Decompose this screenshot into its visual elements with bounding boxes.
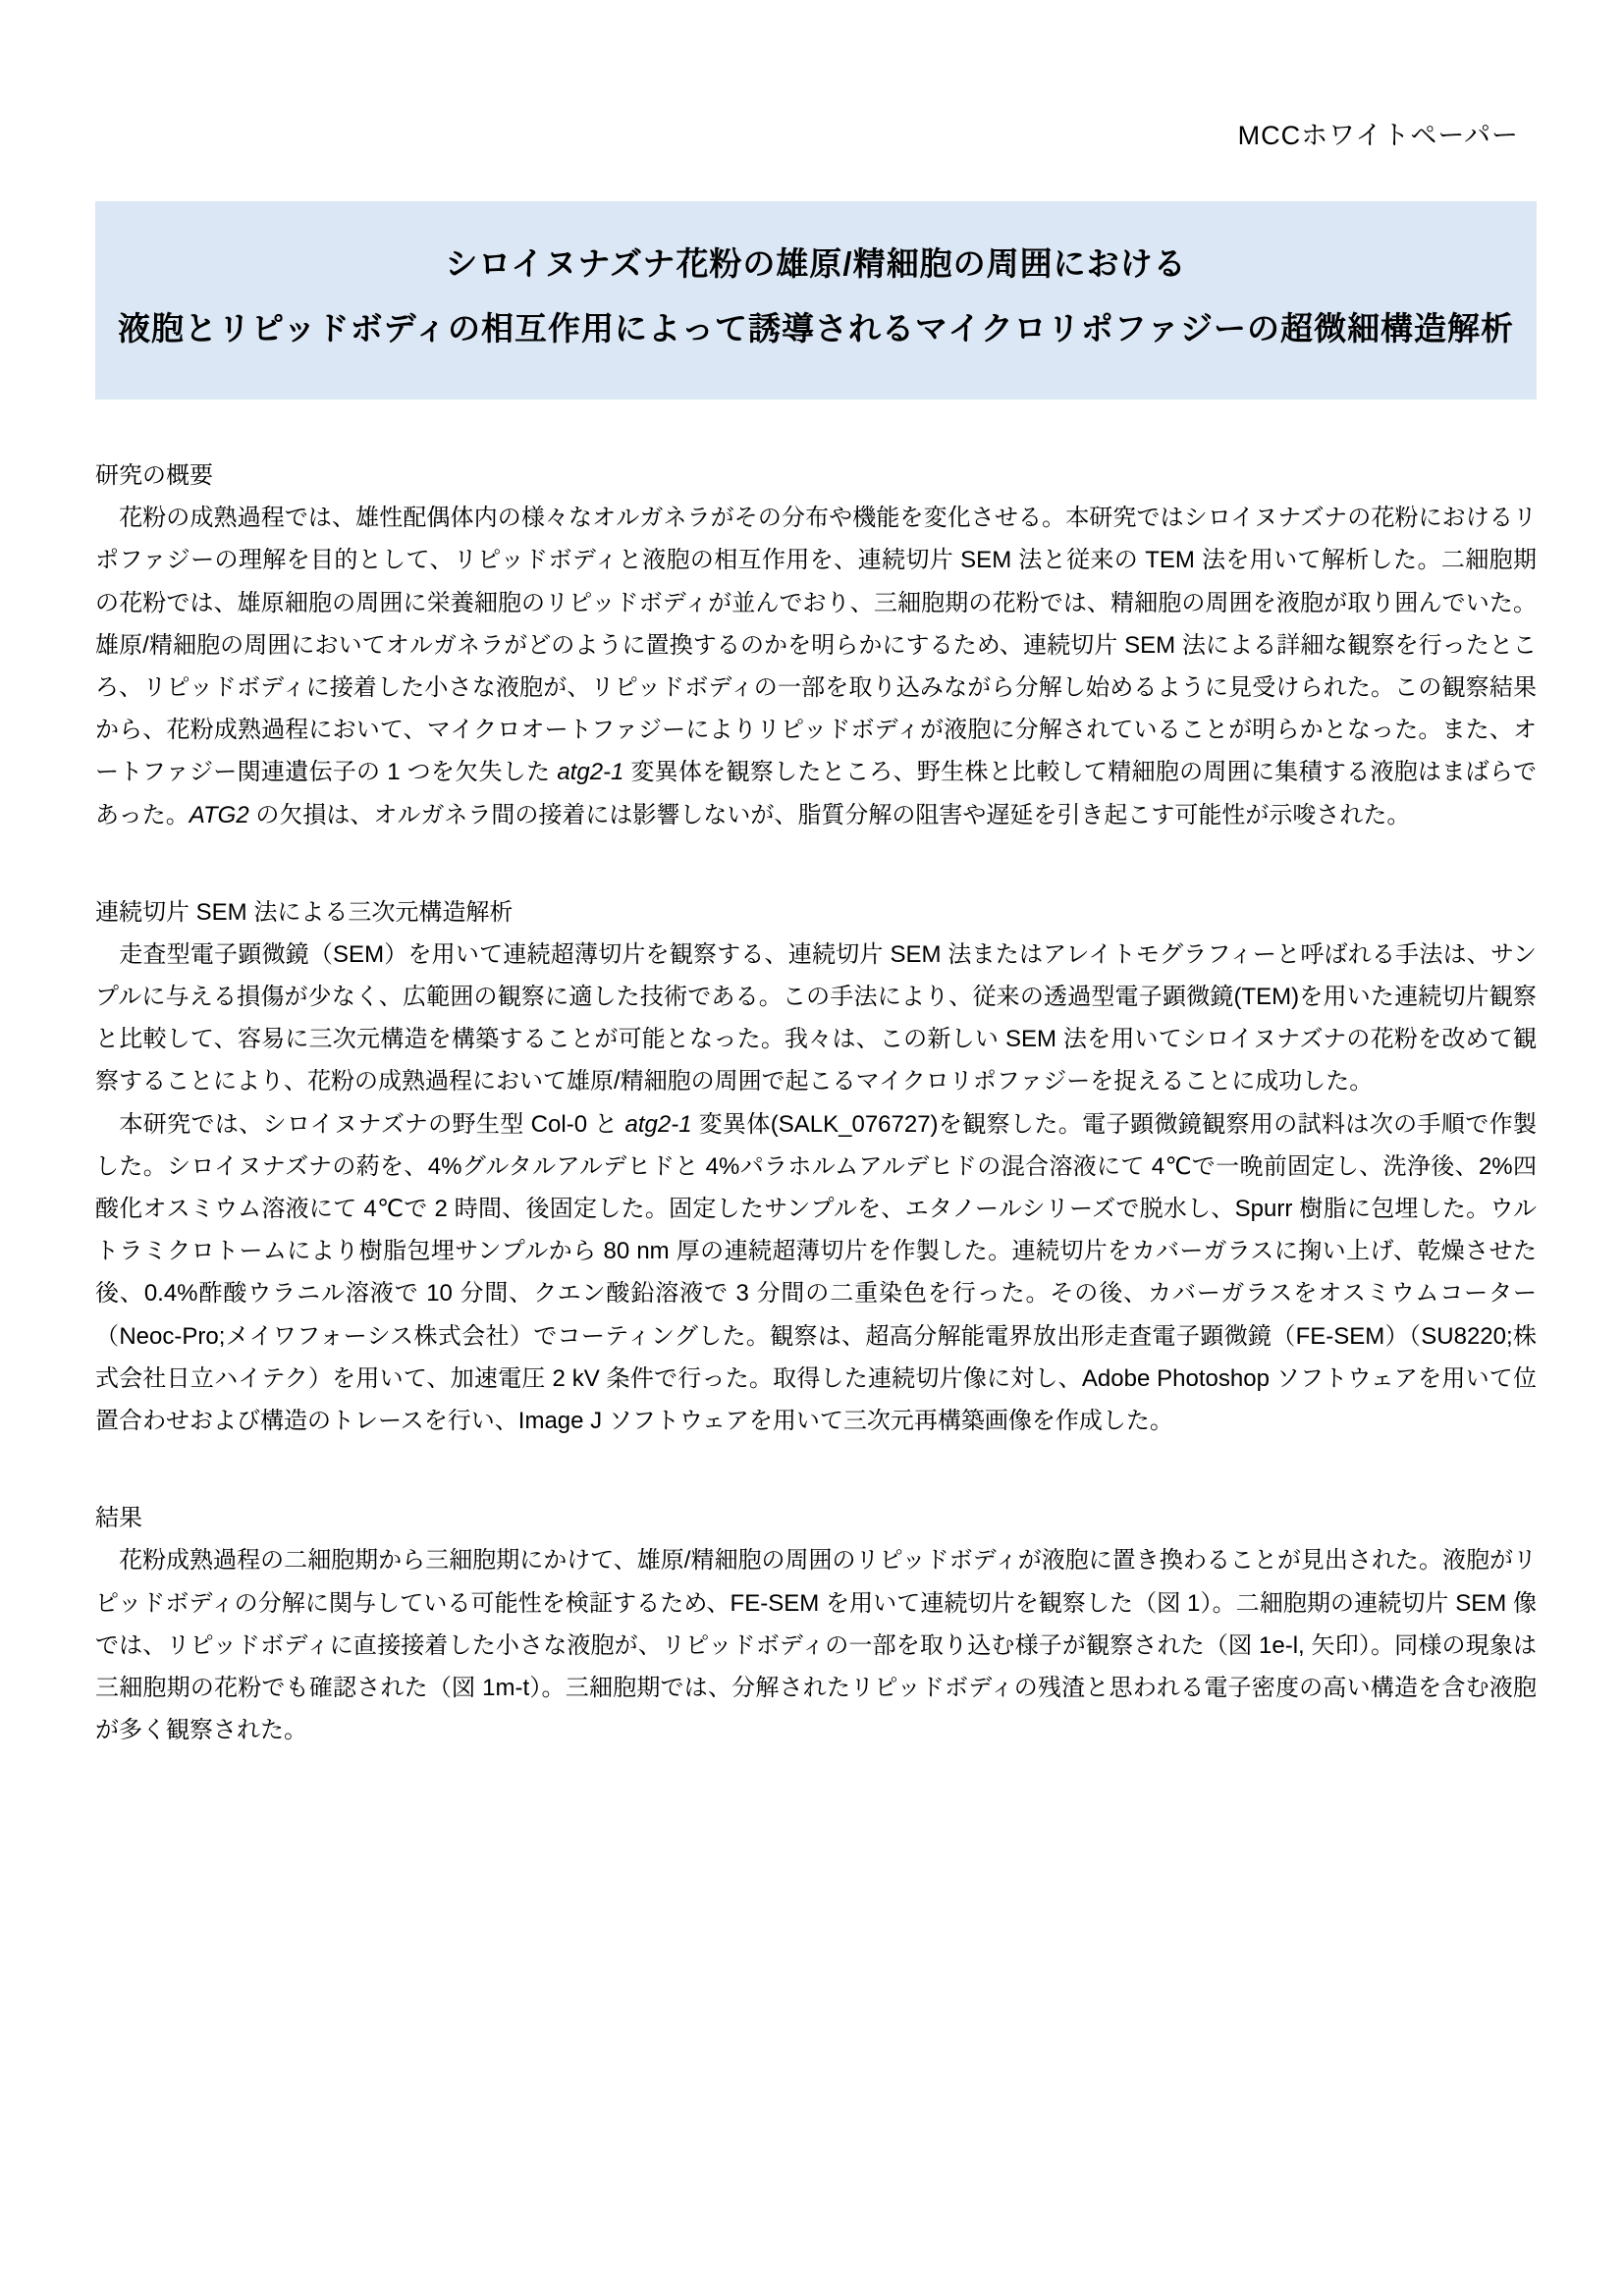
text-run: 変異体(SALK_076727)を観察した。電子顕微鏡観察用の試料は次の手順で作… <box>95 1111 1537 1434</box>
header-label: MCCホワイトペーパー <box>1238 121 1519 150</box>
italic-text-run: atg2-1 <box>557 759 623 785</box>
italic-text-run: ATG2 <box>189 802 249 828</box>
page-header: MCCホワイトペーパー <box>95 0 1537 152</box>
paragraph: 本研究では、シロイヌナズナの野生型 Col-0 と atg2-1 変異体(SAL… <box>95 1103 1537 1443</box>
section-heading: 研究の概要 <box>95 454 1537 497</box>
paragraph: 花粉成熟過程の二細胞期から三細胞期にかけて、雄原/精細胞の周囲のリピッドボディが… <box>95 1539 1537 1751</box>
section-heading: 連続切片 SEM 法による三次元構造解析 <box>95 891 1537 934</box>
text-run: の欠損は、オルガネラ間の接着には影響しないが、脂質分解の阻害や遅延を引き起こす可… <box>249 802 1411 828</box>
text-run: 本研究では、シロイヌナズナの野生型 Col-0 と <box>95 1111 625 1138</box>
document-title-line-1: シロイヌナズナ花粉の雄原/精細胞の周囲における <box>95 240 1537 288</box>
title-box: シロイヌナズナ花粉の雄原/精細胞の周囲における 液胞とリピッドボディの相互作用に… <box>95 201 1537 400</box>
document-body: 研究の概要 花粉の成熟過程では、雄性配偶体内の様々なオルガネラがその分布や機能を… <box>95 454 1537 1751</box>
document-title-line-2: 液胞とリピッドボディの相互作用によって誘導されるマイクロリポファジーの超微細構造… <box>95 305 1537 352</box>
section-heading: 結果 <box>95 1497 1537 1539</box>
paragraph: 花粉の成熟過程では、雄性配偶体内の様々なオルガネラがその分布や機能を変化させる。… <box>95 497 1537 836</box>
paragraph: 走査型電子顕微鏡（SEM）を用いて連続超薄切片を観察する、連続切片 SEM 法ま… <box>95 934 1537 1103</box>
text-run: 花粉成熟過程の二細胞期から三細胞期にかけて、雄原/精細胞の周囲のリピッドボディが… <box>95 1547 1537 1743</box>
text-run: 花粉の成熟過程では、雄性配偶体内の様々なオルガネラがその分布や機能を変化させる。… <box>95 505 1537 785</box>
italic-text-run: atg2-1 <box>625 1111 692 1138</box>
document-page: MCCホワイトペーパー シロイヌナズナ花粉の雄原/精細胞の周囲における 液胞とリ… <box>0 0 1624 2296</box>
text-run: 走査型電子顕微鏡（SEM）を用いて連続超薄切片を観察する、連続切片 SEM 法ま… <box>95 941 1537 1095</box>
